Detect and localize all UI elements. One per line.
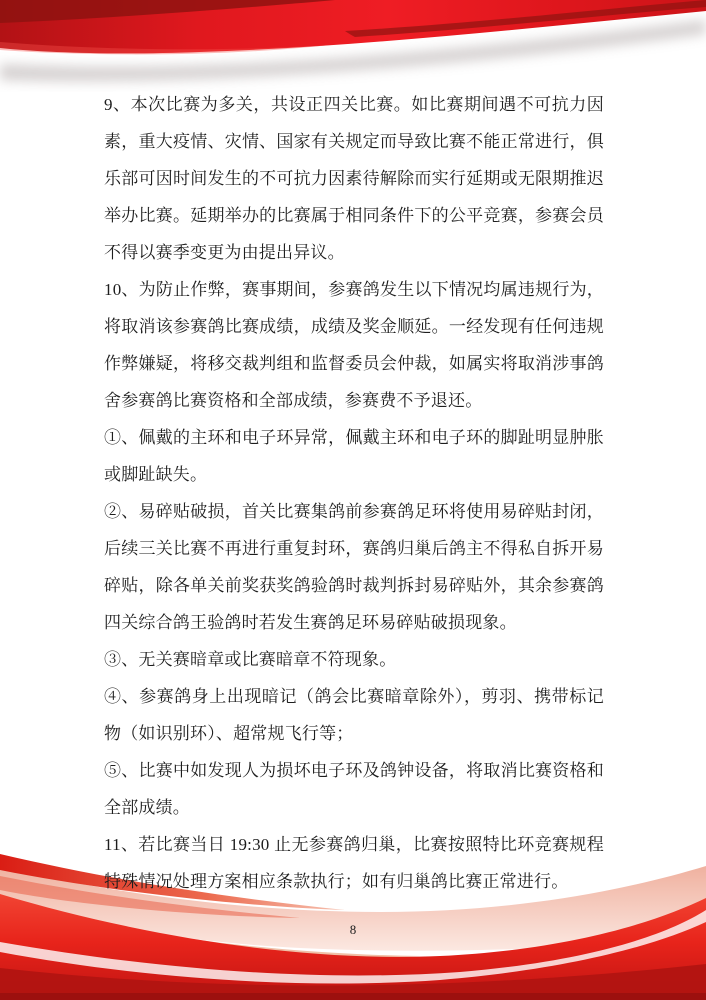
- paragraph-rule-9: 9、本次比赛为多关，共设正四关比赛。如比赛期间遇不可抗力因素，重大疫情、灾情、国…: [104, 86, 604, 271]
- clause-2: ②、易碎贴破损，首关比赛集鸽前参赛鸽足环将使用易碎贴封闭，后续三关比赛不再进行重…: [104, 493, 604, 641]
- document-body: 9、本次比赛为多关，共设正四关比赛。如比赛期间遇不可抗力因素，重大疫情、灾情、国…: [104, 86, 604, 900]
- clause-1: ①、佩戴的主环和电子环异常，佩戴主环和电子环的脚趾明显肿胀或脚趾缺失。: [104, 419, 604, 493]
- page-number: 8: [0, 922, 706, 938]
- document-page: 9、本次比赛为多关，共设正四关比赛。如比赛期间遇不可抗力因素，重大疫情、灾情、国…: [0, 0, 706, 1000]
- paragraph-rule-11: 11、若比赛当日 19:30 止无参赛鸽归巢，比赛按照特比环竞赛规程特殊情况处理…: [104, 826, 604, 900]
- clause-4: ④、参赛鸽身上出现暗记（鸽会比赛暗章除外），剪羽、携带标记物（如识别环）、超常规…: [104, 678, 604, 752]
- top-ribbon-decoration: [0, 0, 706, 92]
- paragraph-rule-10: 10、为防止作弊，赛事期间，参赛鸽发生以下情况均属违规行为，将取消该参赛鸽比赛成…: [104, 271, 604, 419]
- clause-5: ⑤、比赛中如发现人为损坏电子环及鸽钟设备，将取消比赛资格和全部成绩。: [104, 752, 604, 826]
- clause-3: ③、无关赛暗章或比赛暗章不符现象。: [104, 641, 604, 678]
